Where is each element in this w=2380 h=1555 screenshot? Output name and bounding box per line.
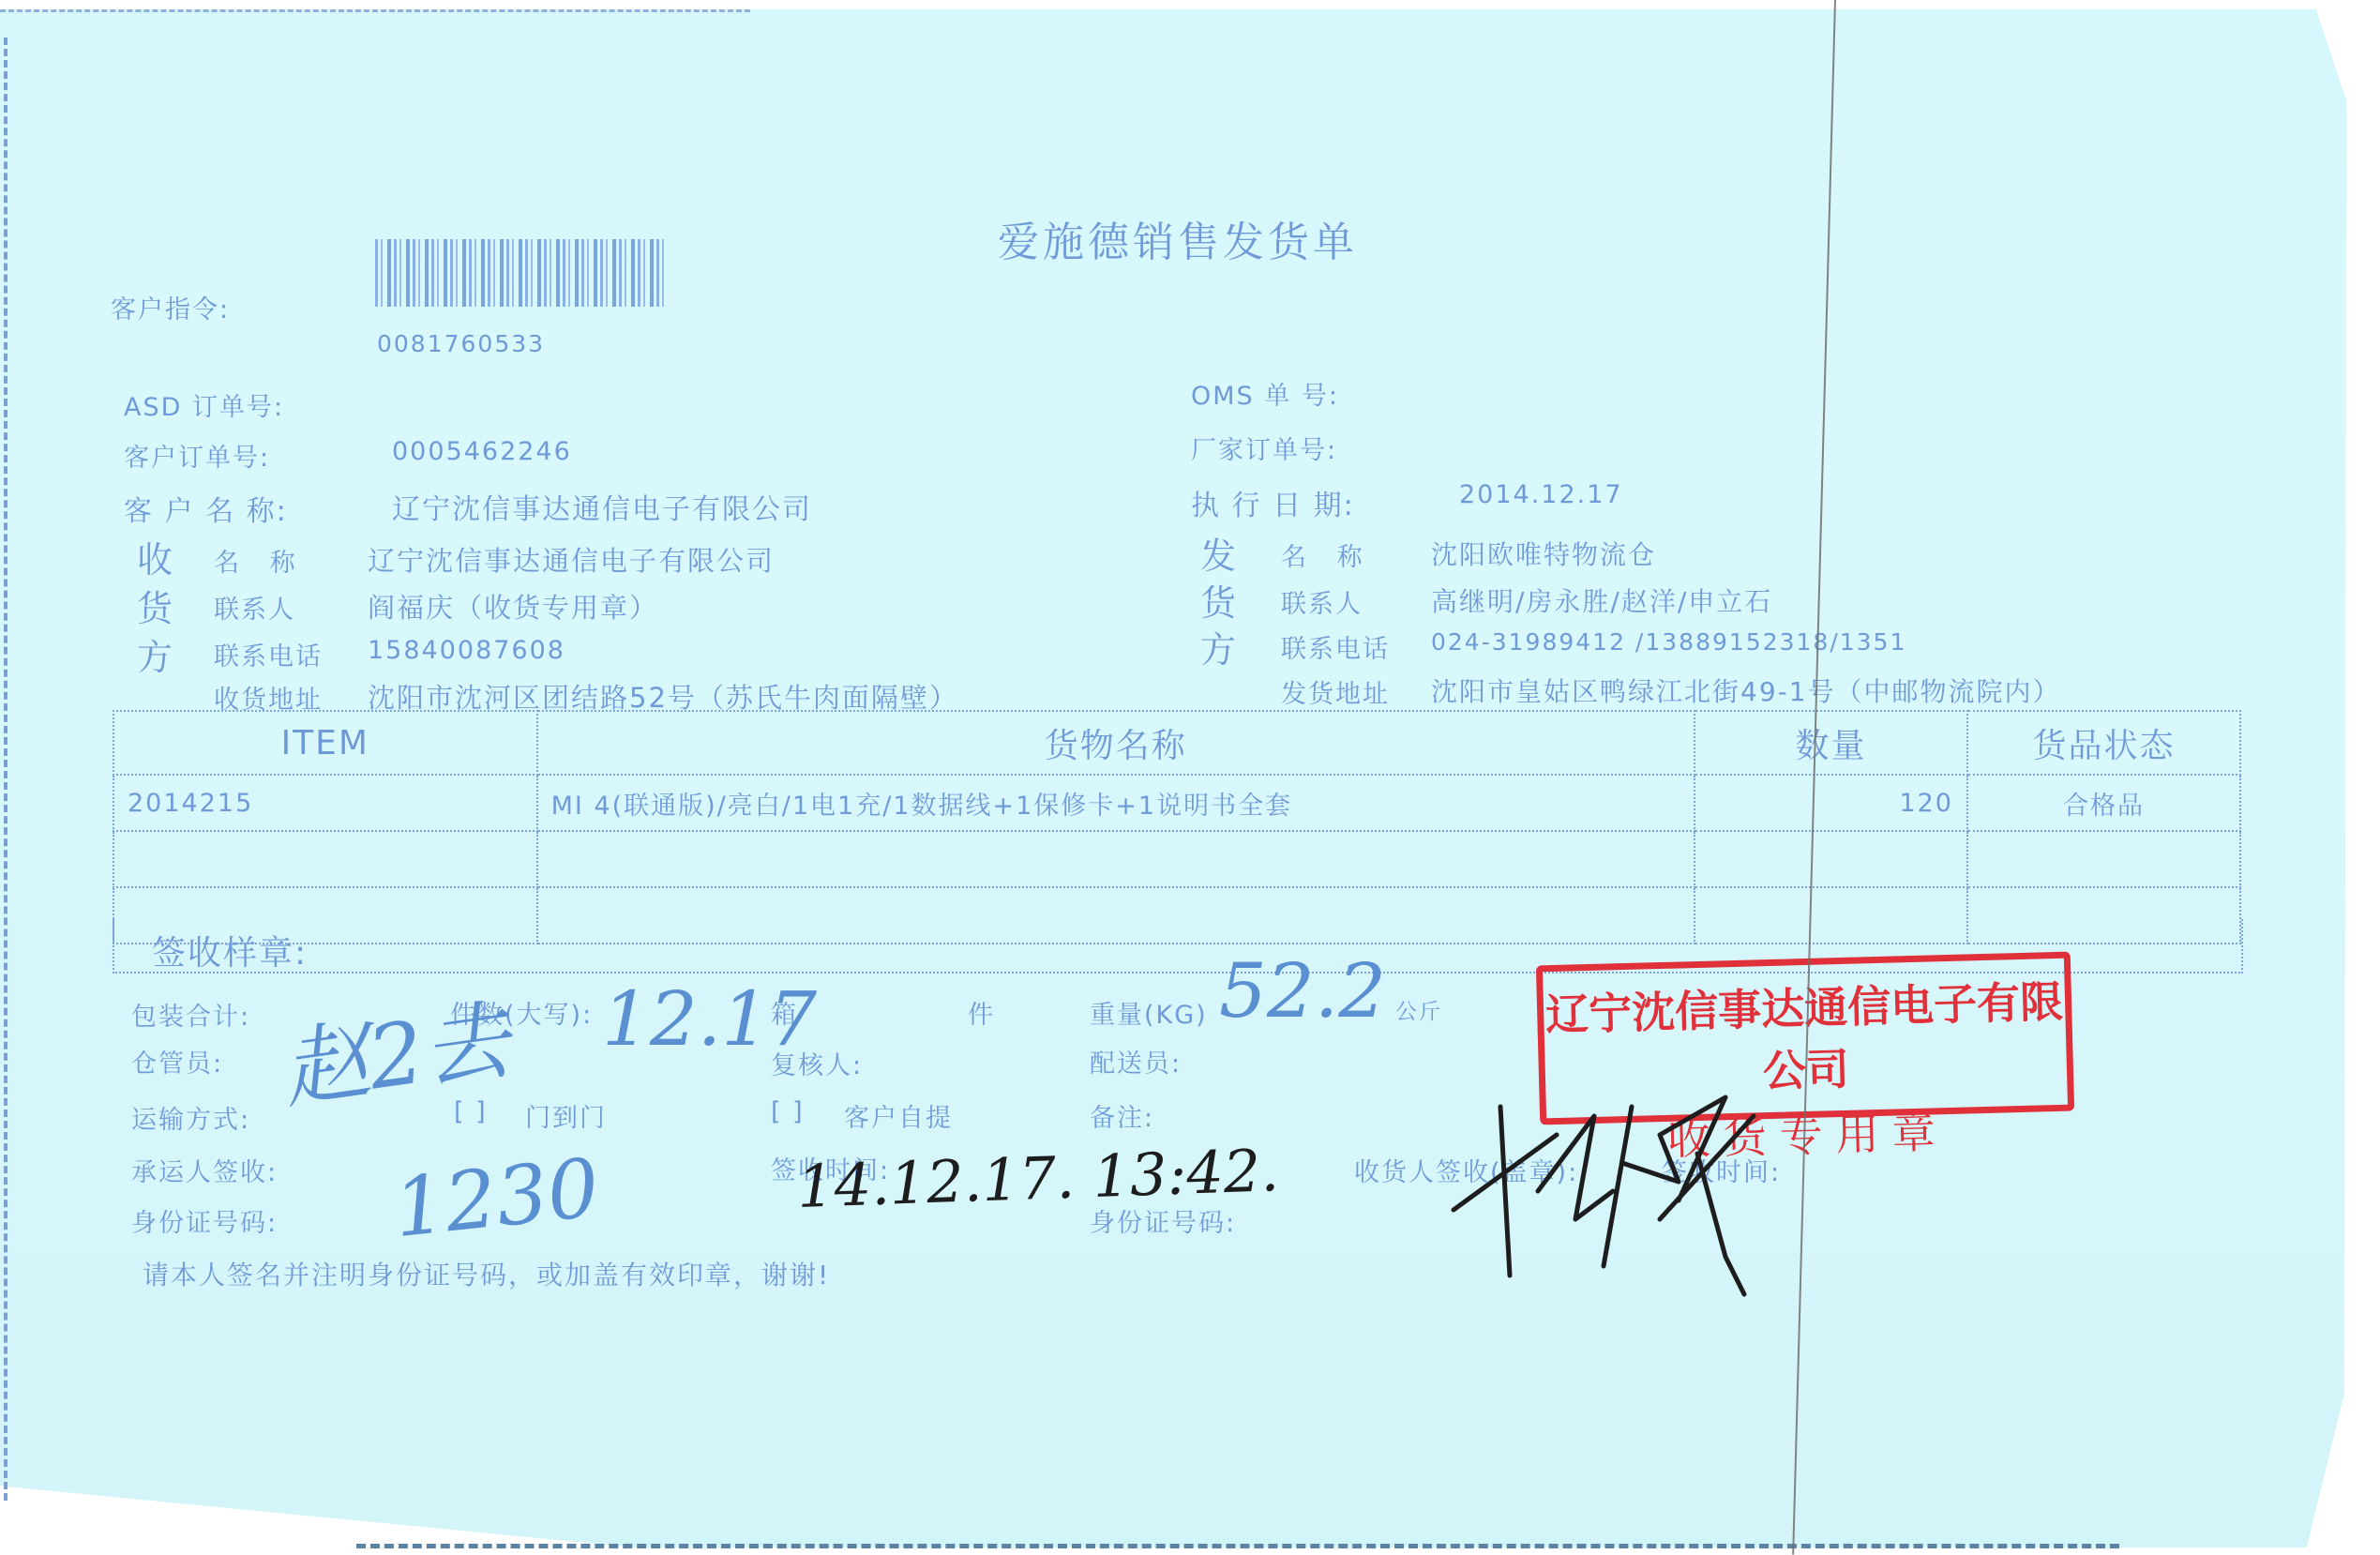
weight-label: 重量(KG) xyxy=(1090,994,1208,1031)
shipper-contact-value: 高继明/房永胜/赵洋/申立石 xyxy=(1431,581,1772,619)
receiver-signature-icon xyxy=(1444,1079,1838,1294)
customer-name-value: 辽宁沈信事达通信电子有限公司 xyxy=(392,486,812,527)
column-status: 货品状态 xyxy=(1967,711,2240,775)
asd-order-label: ASD 订单号: xyxy=(124,386,284,423)
receiver-phone-label: 联系电话 xyxy=(214,636,323,672)
row-quantity xyxy=(1695,831,1967,887)
row-status: 合格品 xyxy=(1967,775,2240,831)
row-status xyxy=(1967,831,2240,887)
factory-order-label: 厂家订单号: xyxy=(1191,430,1337,466)
carrier-sign-label: 承运人签收: xyxy=(131,1152,278,1188)
receiver-side-2: 货 xyxy=(137,580,174,631)
shipper-side-1: 发 xyxy=(1200,527,1238,579)
deliverer-label: 配送员: xyxy=(1090,1043,1182,1079)
transport-label: 运输方式: xyxy=(131,1099,250,1136)
shipper-side-3: 方 xyxy=(1200,621,1238,672)
goods-table: ITEM 货物名称 数量 货品状态 2014215 MI 4(联通版)/亮白/1… xyxy=(113,710,2241,944)
row-goods-name: MI 4(联通版)/亮白/1电1充/1数据线+1保修卡+1说明书全套 xyxy=(537,775,1695,831)
customer-instruction-label: 客户指令: xyxy=(111,289,230,325)
handwritten-pieces: 12.17 xyxy=(602,975,817,1063)
customer-name-label: 客 户 名 称: xyxy=(124,488,288,529)
shipper-contact-label: 联系人 xyxy=(1281,583,1363,620)
shipper-name-label: 名 称 xyxy=(1281,536,1374,573)
row-quantity: 120 xyxy=(1695,775,1967,831)
package-total-label: 包装合计: xyxy=(131,996,250,1033)
shipper-name-value: 沈阳欧唯特物流仓 xyxy=(1431,535,1656,572)
receiver-name-value: 辽宁沈信事达通信电子有限公司 xyxy=(368,540,775,579)
self-pickup-checkbox[interactable]: [ ] xyxy=(771,1097,805,1126)
door-to-door-label: 门到门 xyxy=(525,1097,607,1134)
customer-order-label: 客户订单号: xyxy=(124,437,270,474)
piece-label: 件 xyxy=(968,994,995,1031)
row-item: 2014215 xyxy=(113,775,537,831)
exec-date-value: 2014.12.17 xyxy=(1459,480,1623,509)
weight-unit: 公斤 xyxy=(1395,994,1442,1025)
receiver-side-3: 方 xyxy=(137,628,174,680)
shipper-phone-label: 联系电话 xyxy=(1281,628,1390,665)
shipper-address-label: 发货地址 xyxy=(1281,673,1390,710)
signing-notice: 请本人签名并注明身份证号码，或加盖有效印章，谢谢! xyxy=(143,1255,830,1292)
row-item xyxy=(113,831,537,887)
customer-instruction-number: 0081760533 xyxy=(377,330,545,357)
sign-sample-label: 签收样章: xyxy=(152,927,308,974)
exec-date-label: 执 行 日 期: xyxy=(1191,482,1355,523)
goods-table-header: ITEM 货物名称 数量 货品状态 xyxy=(113,711,2240,775)
self-pickup-label: 客户自提 xyxy=(844,1097,953,1134)
column-goods-name: 货物名称 xyxy=(537,711,1695,775)
shipper-phone-value: 024-31989412 /13889152318/1351 xyxy=(1431,628,1906,656)
keeper-label: 仓管员: xyxy=(131,1043,223,1079)
receiver-name-label: 名 称 xyxy=(214,542,307,579)
row-goods-name xyxy=(537,831,1695,887)
oms-label: OMS 单 号: xyxy=(1191,375,1339,412)
perforation-left xyxy=(4,38,8,1501)
shipper-side-2: 货 xyxy=(1200,574,1238,626)
perforation-bottom xyxy=(356,1544,2119,1548)
shipper-address-value: 沈阳市皇姑区鸭绿江北街49-1号（中邮物流院内） xyxy=(1431,672,2061,709)
receiver-contact-value: 阎福庆（收货专用章） xyxy=(368,587,658,626)
remarks-label: 备注: xyxy=(1090,1097,1154,1134)
customer-order-value: 0005462246 xyxy=(392,437,572,466)
table-row xyxy=(113,831,2240,887)
document-title: 爱施德销售发货单 xyxy=(998,208,1358,268)
receiver-side-1: 收 xyxy=(137,531,174,582)
column-quantity: 数量 xyxy=(1695,711,1967,775)
perforation-top xyxy=(0,9,750,12)
barcode-icon xyxy=(375,239,666,307)
receiver-phone-value: 15840087608 xyxy=(368,636,565,665)
receiver-contact-label: 联系人 xyxy=(214,589,295,626)
id-number-label-left: 身份证号码: xyxy=(131,1202,278,1239)
column-item: ITEM xyxy=(113,711,537,775)
handwritten-weight: 52.2 xyxy=(1219,947,1386,1034)
table-row: 2014215 MI 4(联通版)/亮白/1电1充/1数据线+1保修卡+1说明书… xyxy=(113,775,2240,831)
